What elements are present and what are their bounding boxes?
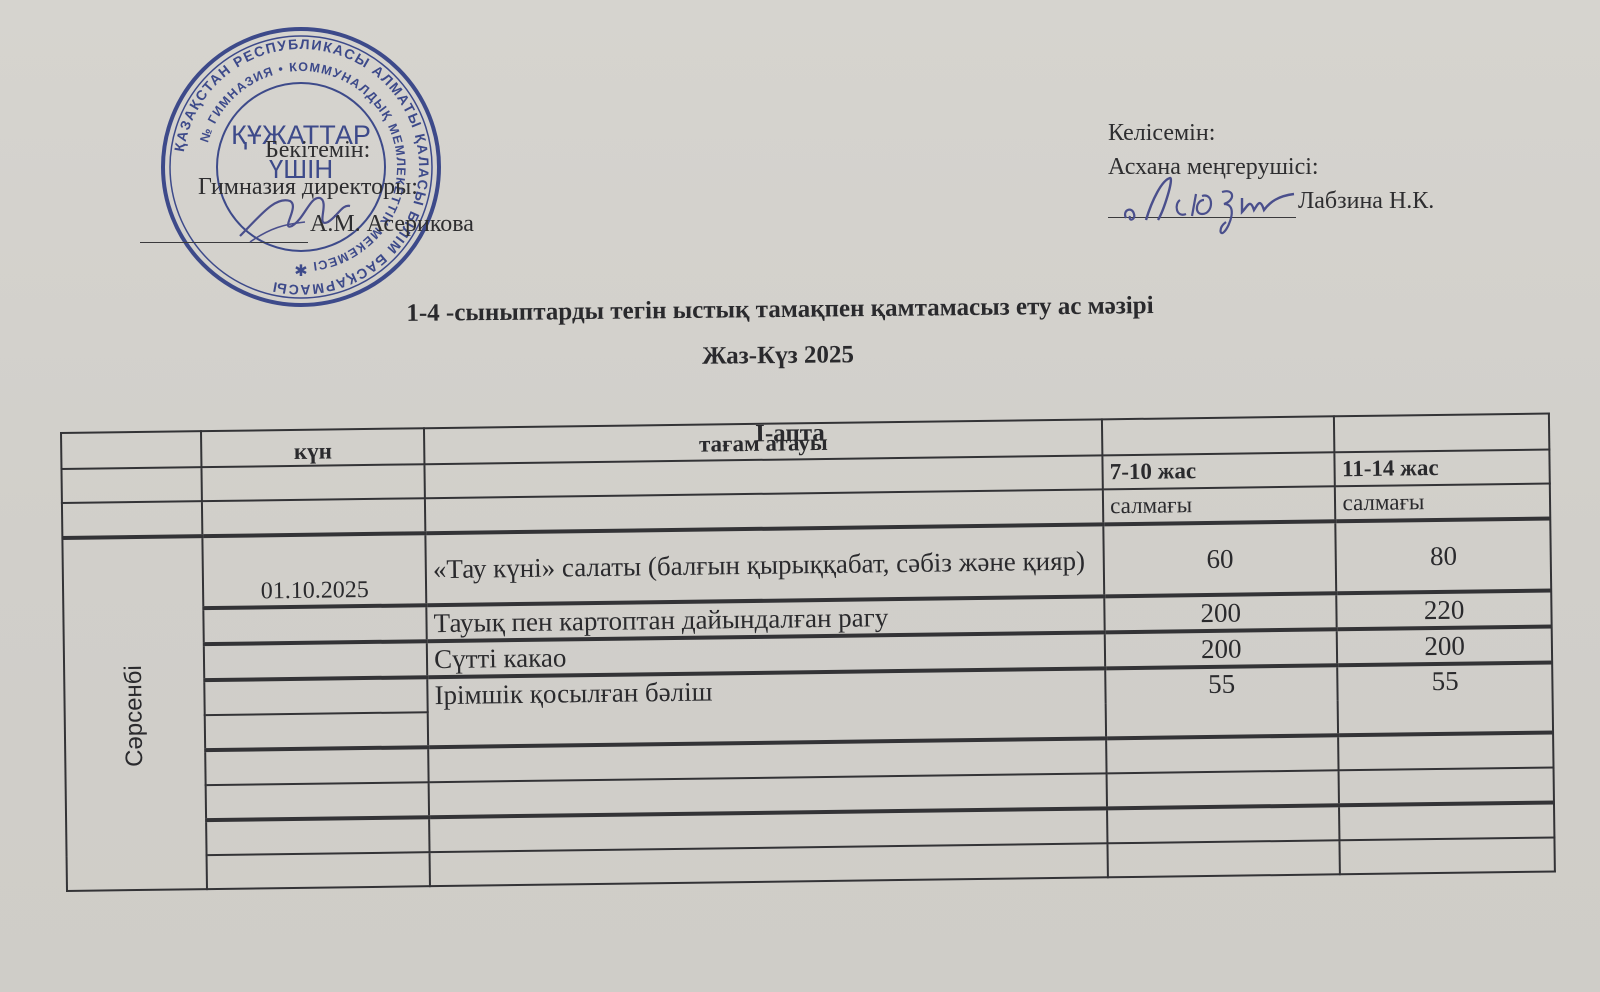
canteen-manager-title: Асхана меңгерушісі: — [1108, 150, 1434, 184]
dish-name: Ірімшік қосылған бәліш — [427, 668, 1106, 747]
canteen-manager-name: Лабзина Н.К. — [1298, 184, 1434, 218]
weight-label-7-10: салмағы — [1103, 486, 1336, 524]
weight-label-11-14: салмағы — [1335, 484, 1550, 522]
weight-11-14: 220 — [1337, 590, 1552, 629]
weight-7-10: 200 — [1105, 629, 1338, 668]
weight-11-14: 80 — [1336, 519, 1551, 594]
signature-line — [1108, 199, 1296, 218]
dish-name: «Тау күні» салаты (балғын қырыққабат, сә… — [425, 524, 1104, 605]
weight-11-14: 55 — [1338, 662, 1553, 735]
day-cell: Сәрсенбі — [62, 536, 207, 891]
weight-7-10: 55 — [1105, 665, 1338, 738]
approval-block-director: Бекітемін: Гимназия директоры: А.М. Асер… — [140, 132, 474, 243]
approve-label: Бекітемін: — [140, 132, 474, 169]
director-title: Гимназия директоры: — [140, 169, 474, 206]
season-subtitle: Жаз-Күз 2025 — [0, 334, 1558, 378]
age-group-7-10: 7-10 жас — [1103, 452, 1336, 489]
weight-7-10: 60 — [1103, 521, 1336, 596]
age-group-11-14: 11-14 жас — [1335, 450, 1550, 487]
menu-table: күн тағам атауы 7-10 жас 11-14 жас салма… — [60, 412, 1556, 891]
weight-11-14: 200 — [1337, 626, 1552, 665]
date-cell: 01.10.2025 — [203, 533, 427, 608]
director-name: А.М. Асерикова — [310, 206, 474, 243]
svg-text:✱: ✱ — [294, 263, 307, 280]
agree-label: Келісемін: — [1108, 116, 1434, 150]
column-header-day: күн — [201, 428, 424, 467]
signature-line — [140, 224, 308, 243]
weight-7-10: 200 — [1104, 593, 1337, 632]
approval-block-canteen: Келісемін: Асхана меңгерушісі: Лабзина Н… — [1108, 116, 1434, 218]
document-page: ҚАЗАҚСТАН РЕСПУБЛИКАСЫ АЛМАТЫ ҚАЛАСЫ БІЛ… — [0, 0, 1600, 992]
day-name: Сәрсенбі — [120, 665, 149, 767]
